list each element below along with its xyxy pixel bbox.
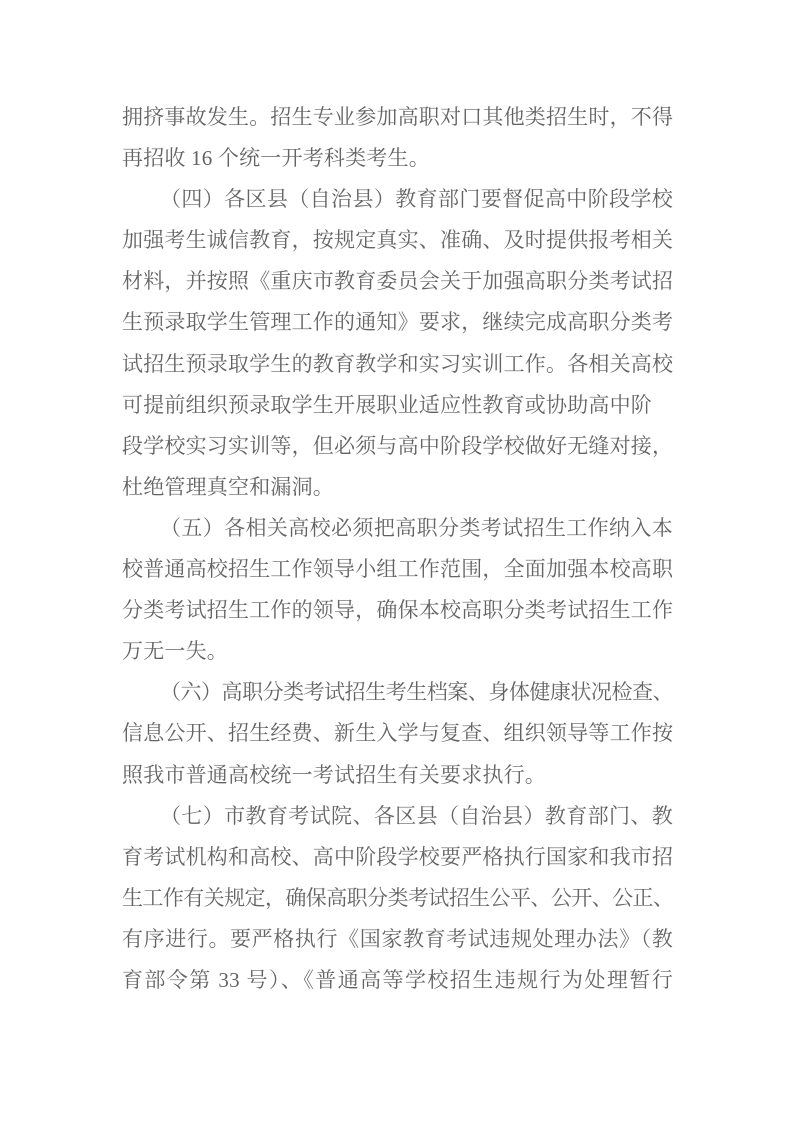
text-line: 段学校实习实训等，但必须与高中阶段学校做好无缝对接， (122, 426, 673, 467)
text-line: 拥挤事故发生。招生专业参加高职对口其他类招生时，不得 (122, 97, 673, 138)
text-line: 有序进行。要严格执行《国家教育考试违规处理办法》（教 (122, 919, 673, 960)
text-line: 分类考试招生工作的领导，确保本校高职分类考试招生工作 (122, 590, 673, 631)
text-line: 生预录取学生管理工作的通知》要求，继续完成高职分类考 (122, 302, 673, 343)
text-line: 试招生预录取学生的教育教学和实习实训工作。各相关高校 (122, 344, 673, 385)
text-line: （六）高职分类考试招生考生档案、身体健康状况检查、 (122, 672, 673, 713)
text-line: （七）市教育考试院、各区县（自治县）教育部门、教 (122, 796, 673, 837)
text-line: 照我市普通高校统一考试招生有关要求执行。 (122, 755, 673, 796)
text-line: 育考试机构和高校、高中阶段学校要严格执行国家和我市招 (122, 837, 673, 878)
text-line: 生工作有关规定，确保高职分类考试招生公平、公开、公正、 (122, 878, 673, 919)
document-page: 拥挤事故发生。招生专业参加高职对口其他类招生时，不得再招收 16 个统一开考科类… (0, 0, 794, 1122)
text-line: 杜绝管理真空和漏洞。 (122, 467, 673, 508)
text-line: （五）各相关高校必须把高职分类考试招生工作纳入本 (122, 508, 673, 549)
text-line: 育部令第 33 号）、《普通高等学校招生违规行为处理暂行 (122, 960, 673, 1001)
text-line: 可提前组织预录取学生开展职业适应性教育或协助高中阶 (122, 385, 673, 426)
text-line: 再招收 16 个统一开考科类考生。 (122, 138, 673, 179)
text-line: 加强考生诚信教育，按规定真实、准确、及时提供报考相关 (122, 220, 673, 261)
text-line: 万无一失。 (122, 631, 673, 672)
text-block: 拥挤事故发生。招生专业参加高职对口其他类招生时，不得再招收 16 个统一开考科类… (122, 97, 673, 1001)
text-line: （四）各区县（自治县）教育部门要督促高中阶段学校 (122, 179, 673, 220)
text-line: 信息公开、招生经费、新生入学与复查、组织领导等工作按 (122, 713, 673, 754)
text-line: 材料，并按照《重庆市教育委员会关于加强高职分类考试招 (122, 261, 673, 302)
text-line: 校普通高校招生工作领导小组工作范围，全面加强本校高职 (122, 549, 673, 590)
